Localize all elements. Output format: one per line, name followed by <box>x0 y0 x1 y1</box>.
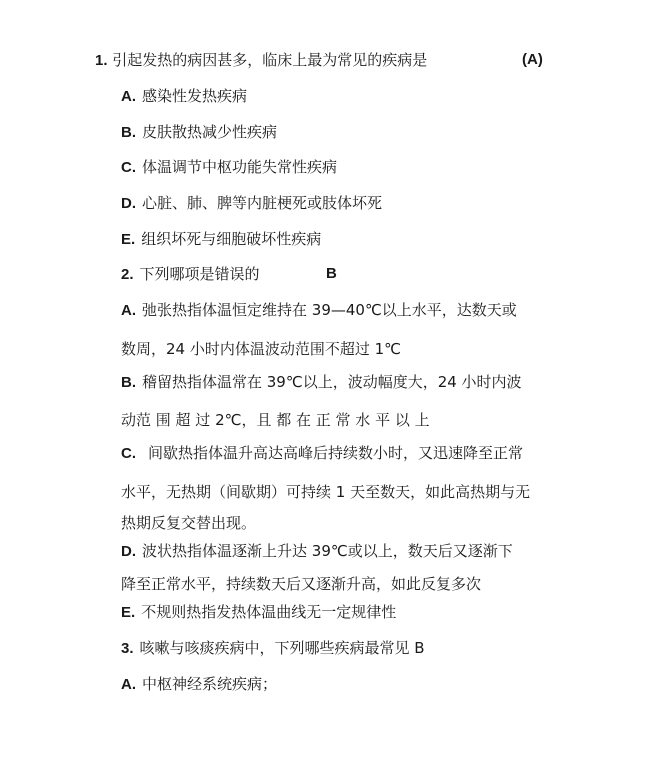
option-text: 水平，无热期（间歇期）可持续 1 天至数天，如此高热期与无 <box>121 483 530 501</box>
q2-option-a-line1: A.弛张热指体温恒定维持在 39—40℃以上水平，达数天或 <box>121 300 517 321</box>
option-text: 中枢神经系统疾病； <box>142 675 277 693</box>
question-3-stem: 3.咳嗽与咳痰疾病中，下列哪些疾病最常见 B <box>121 638 425 659</box>
q1-option-a: A.感染性发热疾病 <box>121 86 247 107</box>
q1-option-b: B.皮肤散热减少性疾病 <box>121 122 277 143</box>
q2-option-c-line2: 水平，无热期（间歇期）可持续 1 天至数天，如此高热期与无 <box>121 482 530 502</box>
option-label: A. <box>121 676 136 693</box>
option-label: E. <box>121 231 135 248</box>
option-text: 感染性发热疾病 <box>142 87 247 105</box>
q2-option-b-line1: B.稽留热指体温常在 39℃以上，波动幅度大，24 小时内波 <box>121 372 522 393</box>
q2-option-c-line1: C.间歇热指体温升高达高峰后持续数小时，又迅速降至正常 <box>121 443 523 464</box>
question-text: 下列哪项是错误的 <box>140 265 260 283</box>
option-text: 不规则热指发热体温曲线无一定规律性 <box>141 603 396 621</box>
option-text: 稽留热指体温常在 39℃以上，波动幅度大，24 小时内波 <box>142 373 522 391</box>
q3-option-a: A.中枢神经系统疾病； <box>121 674 277 695</box>
question-number: 3. <box>121 640 134 657</box>
question-number: 1. <box>95 52 108 69</box>
question-1-answer: (A) <box>522 50 543 70</box>
question-number: 2. <box>121 266 134 283</box>
question-2-answer: B <box>326 264 337 284</box>
q2-option-d-line1: D.波状热指体温逐渐上升达 39℃或以上，数天后又逐渐下 <box>121 541 513 562</box>
question-text: 咳嗽与咳痰疾病中，下列哪些疾病最常见 B <box>140 639 425 657</box>
option-label: B. <box>121 124 136 141</box>
option-text: 间歇热指体温升高达高峰后持续数小时，又迅速降至正常 <box>148 444 523 462</box>
q1-option-d: D.心脏、肺、脾等内脏梗死或肢体坏死 <box>121 193 382 214</box>
option-label: B. <box>121 374 136 391</box>
option-text: 心脏、肺、脾等内脏梗死或肢体坏死 <box>142 194 382 212</box>
option-text: 组织坏死与细胞破坏性疾病 <box>141 230 321 248</box>
option-label: C. <box>121 445 136 462</box>
q1-option-c: C.体温调节中枢功能失常性疾病 <box>121 157 337 178</box>
q2-option-b-line2: 动范 围 超 过 2℃，且 都 在 正 常 水 平 以 上 <box>121 410 430 430</box>
q2-option-a-line2: 数周，24 小时内体温波动范围不超过 1℃ <box>121 339 401 359</box>
q2-option-e: E.不规则热指发热体温曲线无一定规律性 <box>121 602 396 623</box>
option-label: E. <box>121 604 135 621</box>
q1-option-e: E.组织坏死与细胞破坏性疾病 <box>121 229 321 250</box>
option-text: 降至正常水平，持续数天后又逐渐升高，如此反复多次 <box>121 575 481 593</box>
option-text: 弛张热指体温恒定维持在 39—40℃以上水平，达数天或 <box>142 301 517 319</box>
question-1-stem: 1. 引起发热的病因甚多，临床上最为常见的疾病是 <box>95 50 427 71</box>
q2-option-c-line3: 热期反复交替出现。 <box>121 513 256 533</box>
option-text: 动范 围 超 过 2℃，且 都 在 正 常 水 平 以 上 <box>121 411 430 429</box>
option-text: 皮肤散热减少性疾病 <box>142 123 277 141</box>
option-label: D. <box>121 195 136 212</box>
option-label: C. <box>121 159 136 176</box>
question-2-stem: 2.下列哪项是错误的 <box>121 264 260 285</box>
option-label: A. <box>121 302 136 319</box>
option-text: 数周，24 小时内体温波动范围不超过 1℃ <box>121 340 401 358</box>
option-text: 体温调节中枢功能失常性疾病 <box>142 158 337 176</box>
option-label: A. <box>121 88 136 105</box>
q2-option-d-line2: 降至正常水平，持续数天后又逐渐升高，如此反复多次 <box>121 574 481 594</box>
option-text: 热期反复交替出现。 <box>121 514 256 532</box>
option-label: D. <box>121 543 136 560</box>
option-text: 波状热指体温逐渐上升达 39℃或以上，数天后又逐渐下 <box>142 542 513 560</box>
question-text: 引起发热的病因甚多，临床上最为常见的疾病是 <box>112 51 427 69</box>
